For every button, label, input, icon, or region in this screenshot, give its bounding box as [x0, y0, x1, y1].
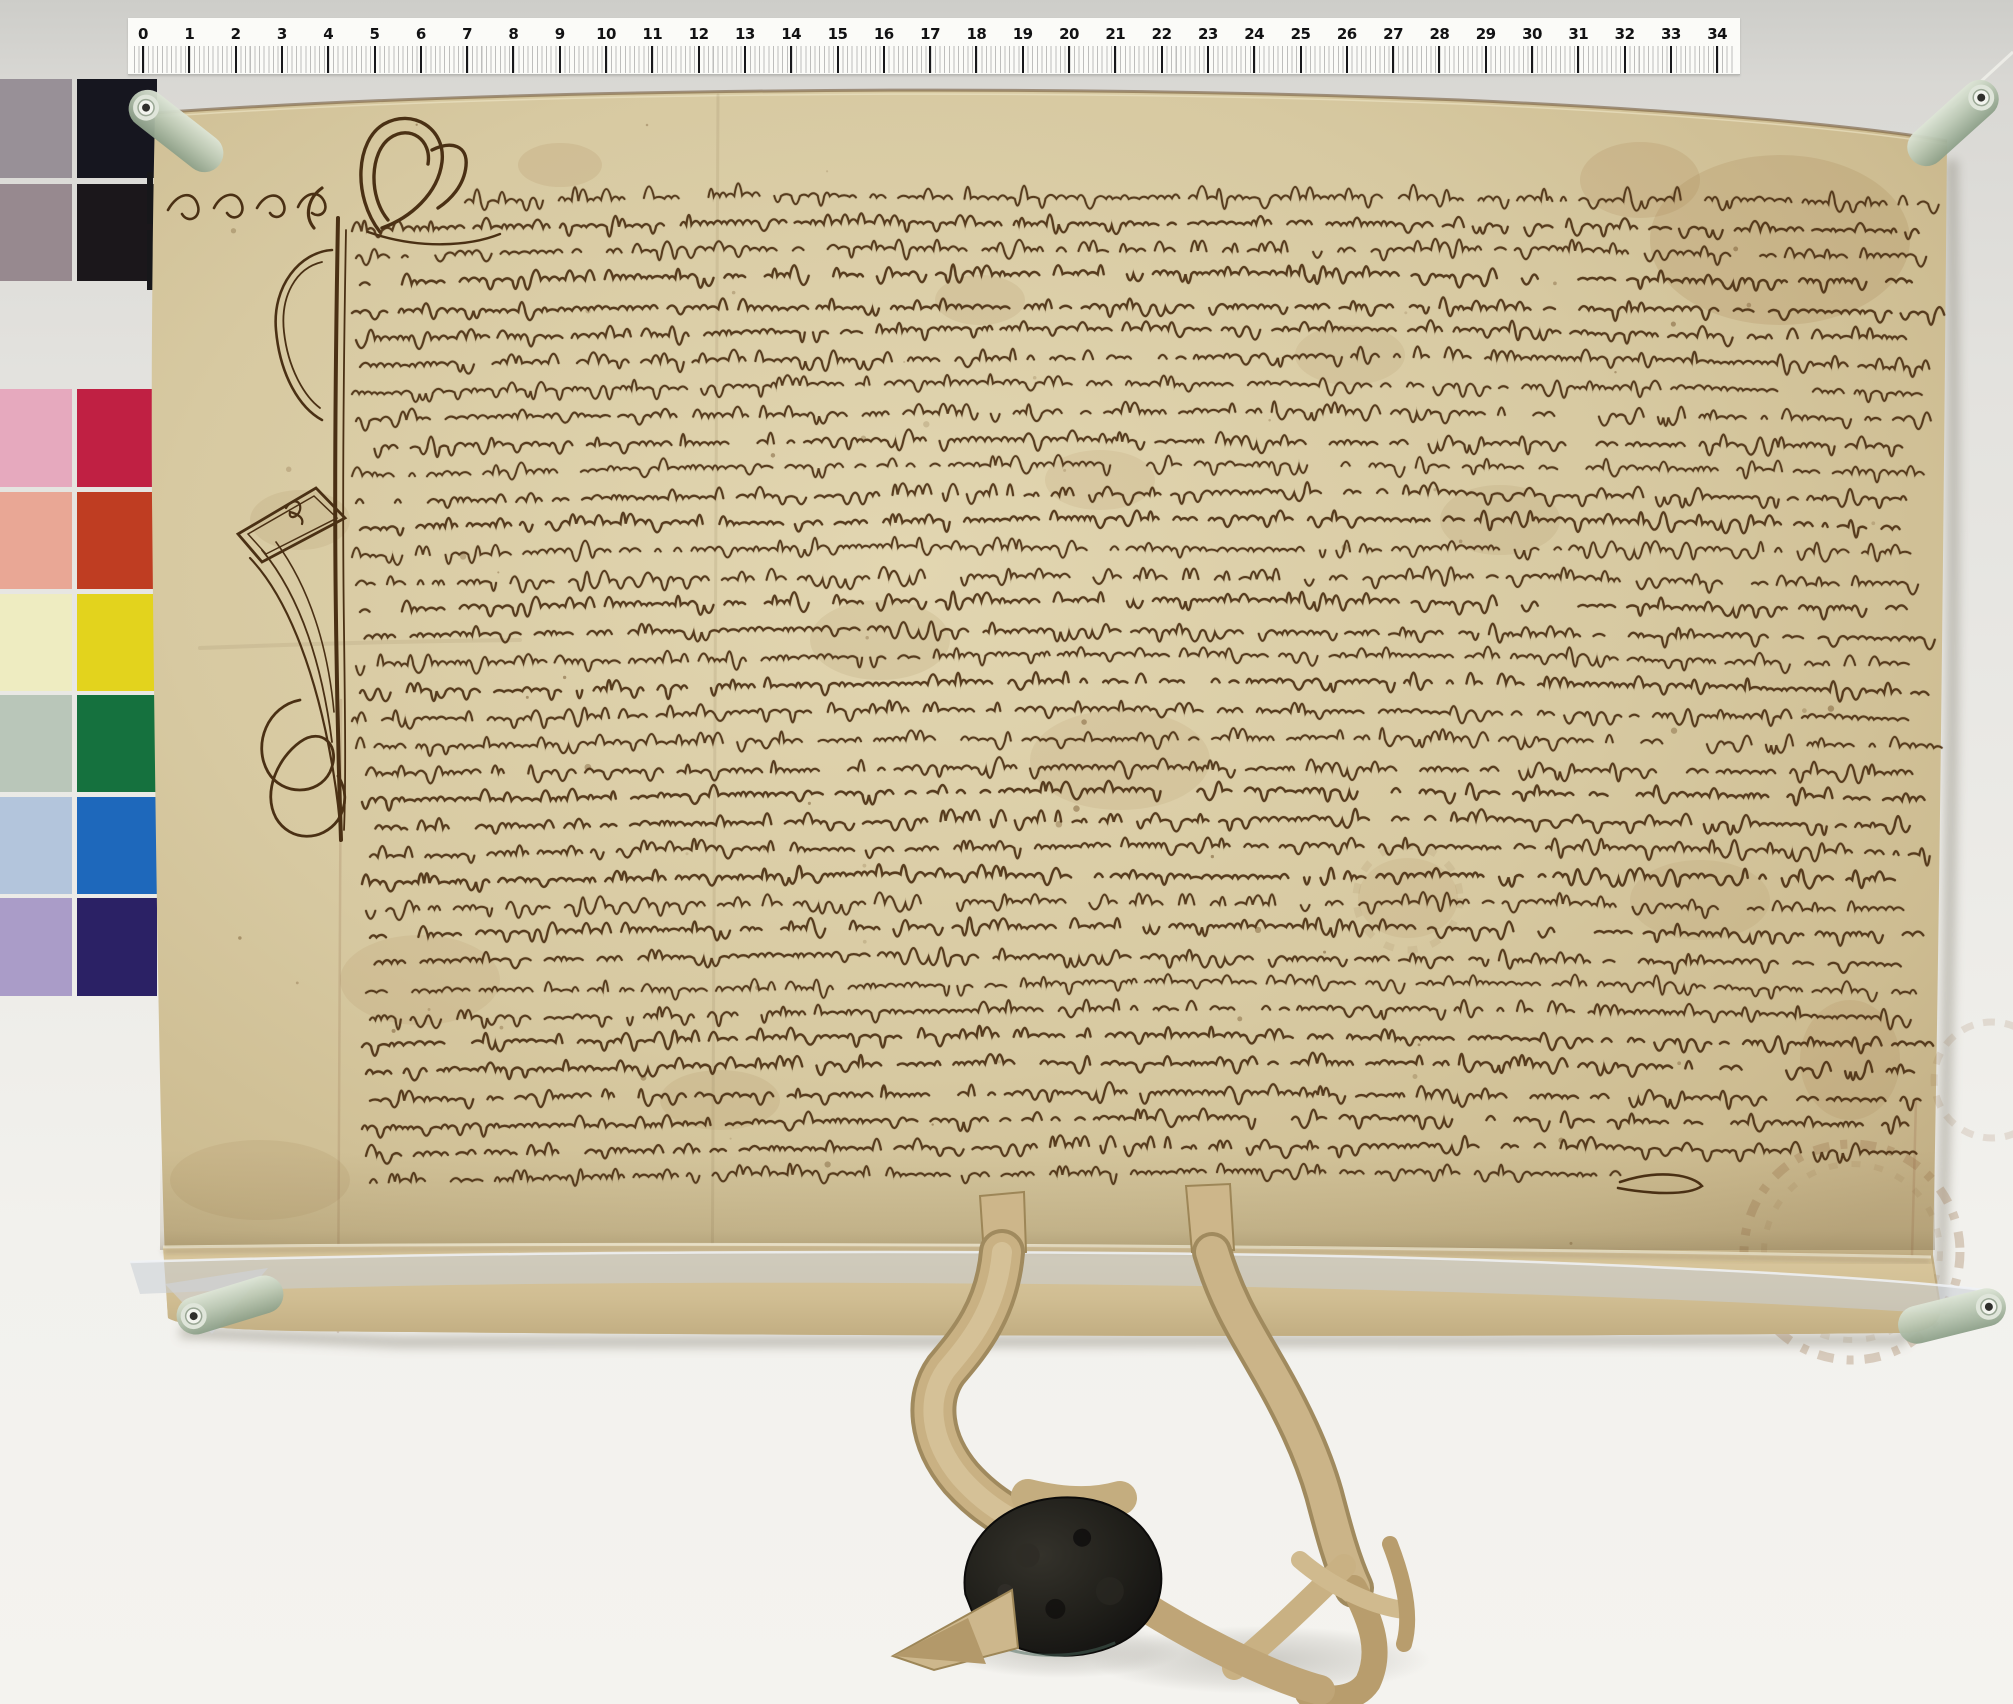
glass-weight-top-right	[1899, 52, 2013, 174]
speck	[931, 1123, 933, 1125]
edge-black-mark	[147, 172, 153, 290]
speck	[1828, 705, 1834, 711]
speck	[1033, 376, 1037, 380]
stain	[1630, 860, 1770, 940]
speck	[1671, 321, 1676, 326]
speck	[998, 1060, 1001, 1063]
speck	[497, 571, 499, 573]
speck	[862, 864, 866, 868]
speck	[1459, 540, 1463, 544]
speck	[1268, 419, 1271, 422]
speck	[732, 291, 736, 295]
stain	[518, 143, 602, 187]
speck	[863, 940, 867, 944]
speck	[1404, 311, 1407, 314]
speck	[563, 676, 566, 679]
speck	[1413, 1074, 1418, 1079]
speck	[286, 467, 291, 472]
speck	[296, 981, 299, 984]
speck	[771, 453, 775, 457]
speck	[923, 421, 929, 427]
speck	[392, 1029, 396, 1033]
speck	[1871, 521, 1875, 525]
photo-table-backdrop: 0123456789101112131415161718192021222324…	[0, 0, 2013, 1704]
speck	[1081, 719, 1087, 725]
speck	[1802, 708, 1807, 713]
fold-roll-shadow	[160, 1150, 1935, 1250]
speck	[1073, 805, 1079, 811]
speck	[428, 1008, 431, 1011]
speck	[646, 124, 649, 127]
speck	[1614, 371, 1616, 373]
charter-photo	[0, 0, 2013, 1704]
speck	[1418, 1043, 1421, 1046]
speck	[1677, 1061, 1681, 1065]
speck	[1323, 951, 1326, 954]
speck	[1237, 1016, 1242, 1021]
speck	[1553, 282, 1557, 286]
speck	[1671, 728, 1677, 734]
speck	[686, 852, 689, 855]
speck	[416, 124, 418, 126]
speck	[231, 228, 236, 233]
stain	[340, 935, 500, 1025]
speck	[1211, 855, 1214, 858]
speck	[808, 802, 811, 805]
speck	[826, 170, 828, 172]
speck	[903, 361, 905, 363]
speck	[1747, 303, 1752, 308]
speck	[865, 636, 868, 639]
speck	[238, 936, 241, 939]
speck	[500, 1026, 504, 1030]
speck	[526, 696, 529, 699]
speck	[1733, 246, 1738, 251]
speck	[730, 1138, 732, 1140]
speck	[1063, 469, 1066, 472]
